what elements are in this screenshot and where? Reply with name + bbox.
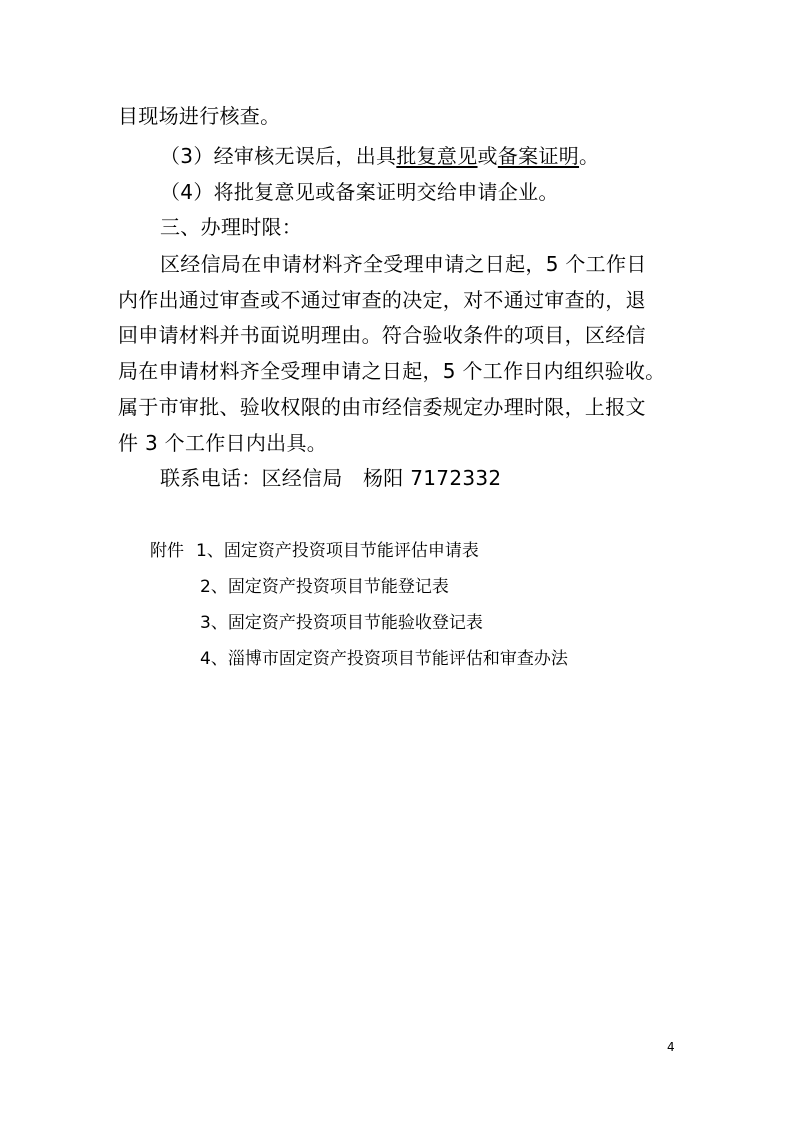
paragraph-line: 目现场进行核查。 — [118, 104, 280, 128]
paragraph-line: 局在申请材料齐全受理申请之日起，5 个工作日内组织验收。 — [118, 359, 665, 383]
step-3-or: 或 — [478, 144, 498, 168]
page-number: 4 — [667, 1040, 675, 1054]
attachments-label: 附件 — [150, 541, 184, 561]
step-3: （3）经审核无误后，出具批复意见或备案证明。 — [160, 144, 599, 168]
underlined-approval-opinion: 批复意见 — [396, 144, 477, 168]
step-3-end: 。 — [579, 144, 599, 168]
paragraph-line: 件 3 个工作日内出具。 — [118, 431, 327, 455]
section-heading-time-limit: 三、办理时限： — [160, 215, 302, 239]
contact-phone: 联系电话：区经信局 杨阳 7172332 — [160, 466, 501, 490]
paragraph-line: 回申请材料并书面说明理由。符合验收条件的项目，区经信 — [118, 323, 646, 347]
paragraph-line: 内作出通过审查或不通过审查的决定，对不通过审查的，退 — [118, 288, 646, 312]
paragraph-line: 属于市审批、验收权限的由市经信委规定办理时限，上报文 — [118, 395, 646, 419]
attachment-item: 3、固定资产投资项目节能验收登记表 — [200, 613, 483, 633]
step-4: （4）将批复意见或备案证明交给申请企业。 — [160, 180, 559, 204]
attachment-item: 2、固定资产投资项目节能登记表 — [200, 577, 449, 597]
underlined-filing-certificate: 备案证明 — [498, 144, 579, 168]
step-3-prefix: （3）经审核无误后，出具 — [160, 144, 396, 168]
attachment-item: 1、固定资产投资项目节能评估申请表 — [196, 541, 479, 561]
attachment-item: 4、淄博市固定资产投资项目节能评估和审查办法 — [200, 649, 568, 669]
paragraph-line: 区经信局在申请材料齐全受理申请之日起，5 个工作日 — [160, 252, 647, 276]
